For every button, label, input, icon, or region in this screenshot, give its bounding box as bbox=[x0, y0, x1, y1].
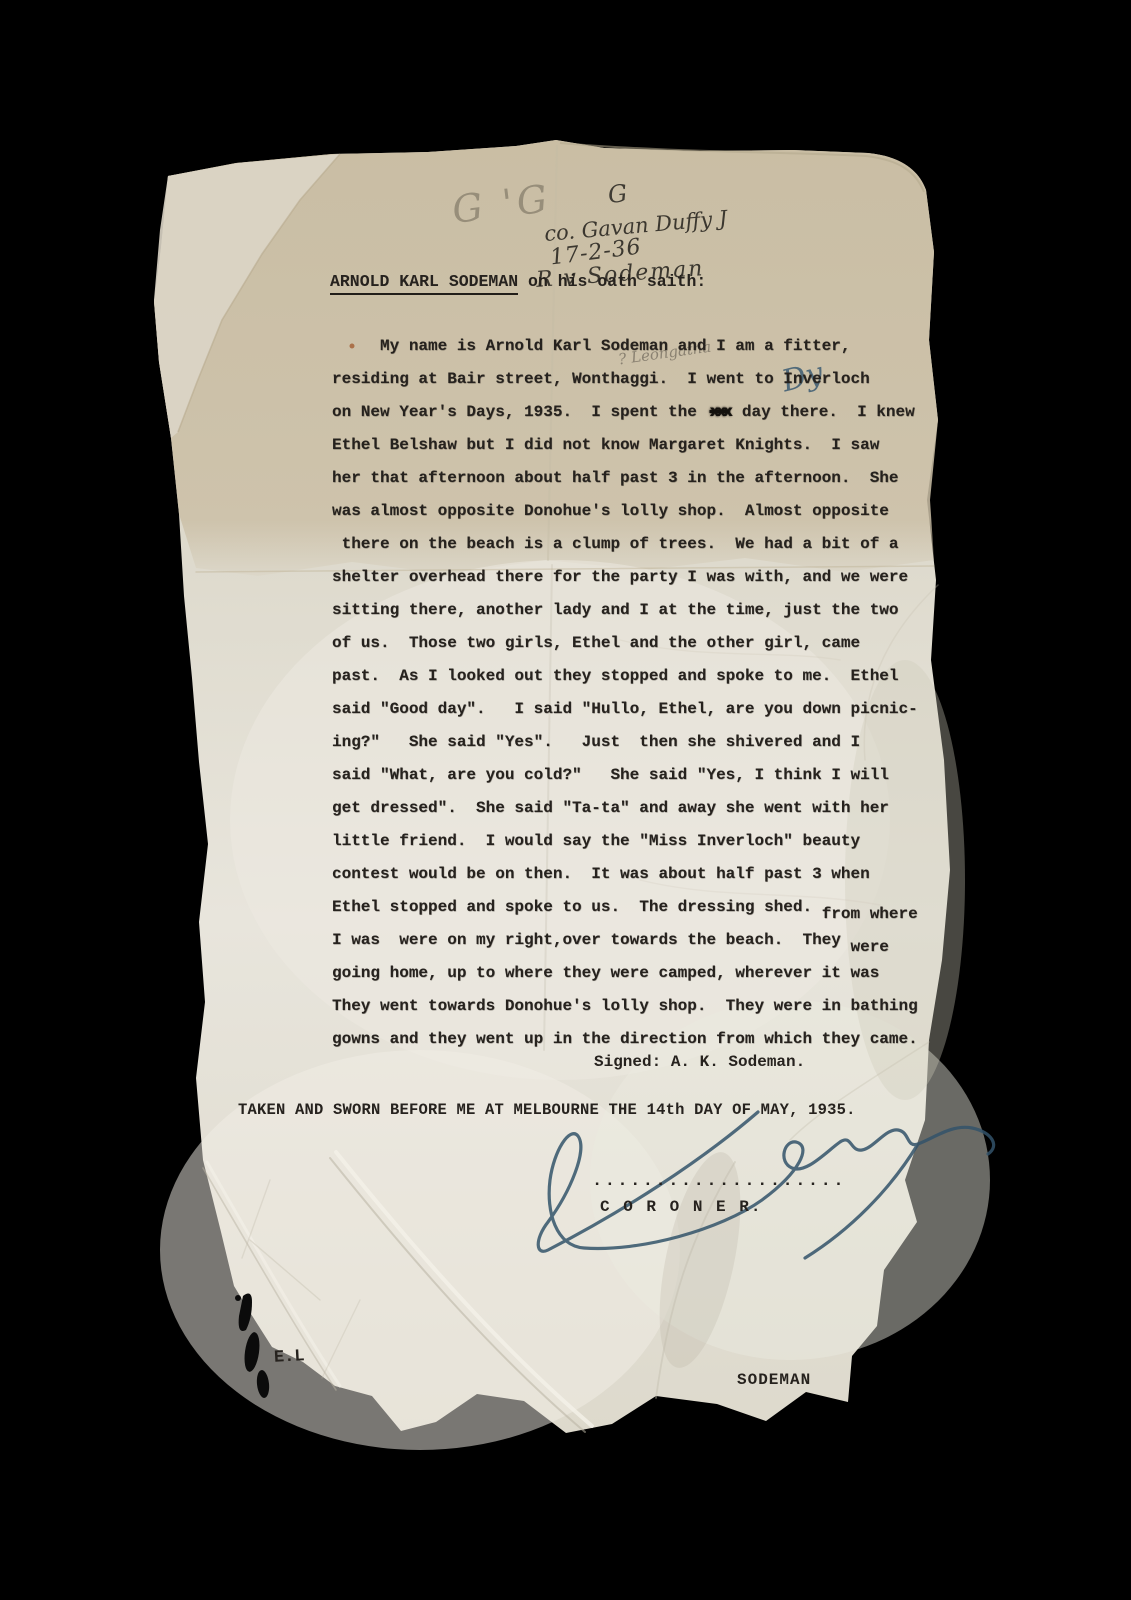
coroner-label: C O R O N E R. bbox=[600, 1198, 762, 1216]
sodeman-name-stamp: SODEMAN bbox=[737, 1371, 811, 1389]
body-line: of us. Those two girls, Ethel and the ot… bbox=[332, 627, 918, 660]
body-line: My name is Arnold Karl Sodeman and I am … bbox=[332, 330, 918, 363]
clerk-initials: E.L bbox=[274, 1347, 306, 1368]
photo-stage: G 'G G co. Gavan Duffy J 17-2-36 R v Sod… bbox=[0, 0, 1131, 1600]
signature-dotted-line: .................... bbox=[592, 1172, 846, 1191]
body-line-overtype: on New Year's Days, 1935. I spent the xx… bbox=[332, 396, 918, 429]
body-line: was almost opposite Donohue's lolly shop… bbox=[332, 495, 918, 528]
body-line: They went towards Donohue's lolly shop. … bbox=[332, 990, 918, 1023]
heading-suffix: on his oath saith: bbox=[518, 272, 706, 291]
document-text-layer: G 'G G co. Gavan Duffy J 17-2-36 R v Sod… bbox=[0, 0, 1131, 1600]
body-line: said "What, are you cold?" She said "Yes… bbox=[332, 759, 918, 792]
body-line: said "Good day". I said "Hullo, Ethel, a… bbox=[332, 693, 918, 726]
statement-body: My name is Arnold Karl Sodeman and I am … bbox=[332, 330, 918, 1056]
judge-initial: G bbox=[607, 179, 629, 209]
dropped-text: from where bbox=[822, 898, 918, 931]
struck-word: xxx bbox=[709, 403, 729, 421]
body-line: contest would be on then. It was about h… bbox=[332, 858, 918, 891]
signed-line: Signed: A. K. Sodeman. bbox=[594, 1046, 805, 1079]
body-line: get dressed". She said "Ta-ta" and away … bbox=[332, 792, 918, 825]
body-line: past. As I looked out they stopped and s… bbox=[332, 660, 918, 693]
pencil-initials: G 'G bbox=[450, 176, 554, 232]
sworn-attestation: TAKEN AND SWORN BEFORE ME AT MELBOURNE T… bbox=[238, 1094, 856, 1127]
body-line-dressing-sheds: Ethel stopped and spoke to us. The dress… bbox=[332, 891, 918, 924]
body-line: Ethel Belshaw but I did not know Margare… bbox=[332, 429, 918, 462]
body-line: little friend. I would say the "Miss Inv… bbox=[332, 825, 918, 858]
dropped-text: were bbox=[851, 931, 889, 964]
body-line: residing at Bair street, Wonthaggi. I we… bbox=[332, 363, 918, 396]
deponent-name: ARNOLD KARL SODEMAN bbox=[330, 272, 518, 295]
body-line: going home, up to where they were camped… bbox=[332, 957, 918, 990]
deposition-heading: ARNOLD KARL SODEMAN on his oath saith: bbox=[330, 272, 706, 291]
body-line: her that afternoon about half past 3 in … bbox=[332, 462, 918, 495]
body-line: there on the beach is a clump of trees. … bbox=[332, 528, 918, 561]
body-line: sitting there, another lady and I at the… bbox=[332, 594, 918, 627]
body-line: shelter overhead there for the party I w… bbox=[332, 561, 918, 594]
body-line: ing?" She said "Yes". Just then she shiv… bbox=[332, 726, 918, 759]
